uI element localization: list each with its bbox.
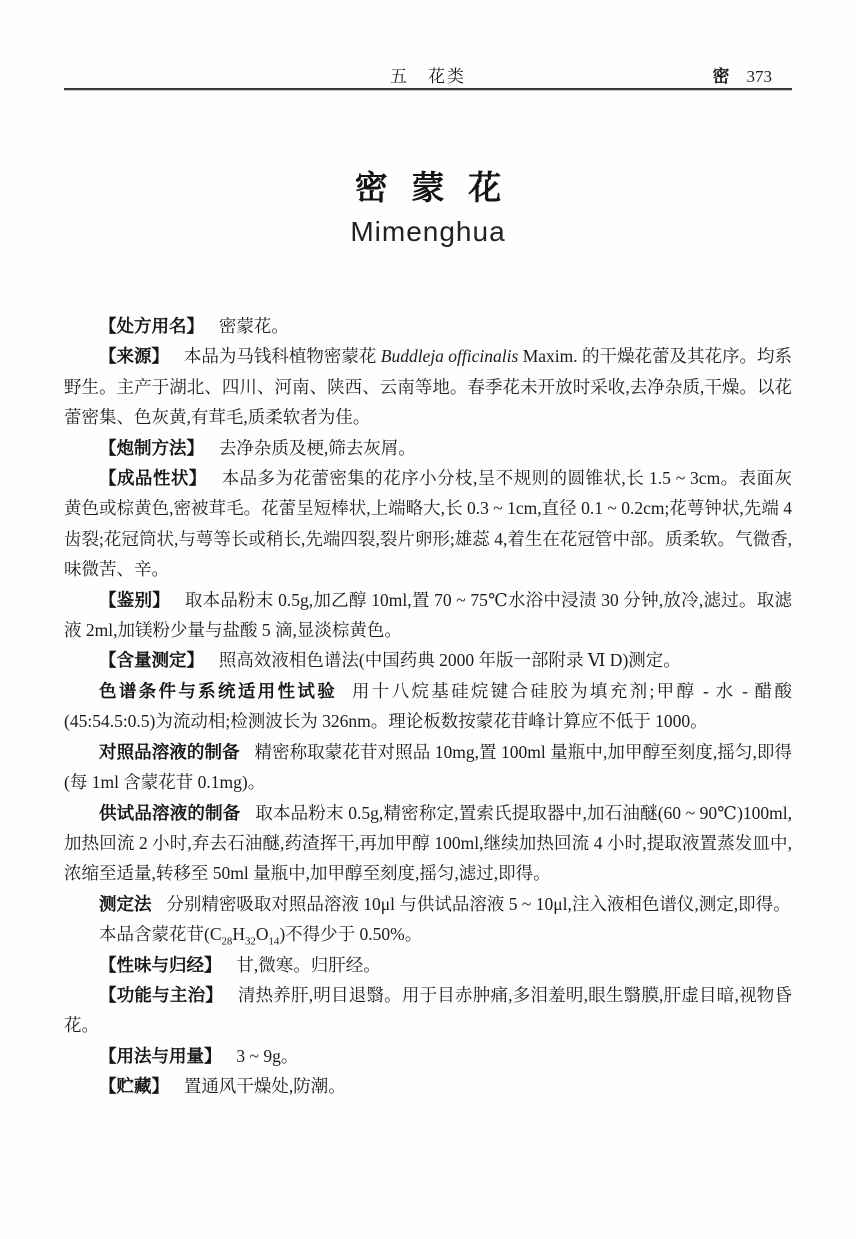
section-label: 【来源】 xyxy=(99,346,169,366)
formula-subscript: 14 xyxy=(268,936,279,948)
section-text: 照高效液相色谱法(中国药典 2000 年版一部附录 Ⅵ D)测定。 xyxy=(219,650,681,670)
para-chromatographic-conditions: 色谱条件与系统适用性试验用十八烷基硅烷键合硅胶为填充剂;甲醇 - 水 - 醋酸(… xyxy=(64,676,792,737)
para-content-limit: 本品含蒙花苷(C28H32O14)不得少于 0.50%。 xyxy=(64,919,792,949)
running-head: 五 花类 密373 xyxy=(64,62,792,88)
para-functions-indications: 【功能与主治】清热养肝,明目退翳。用于目赤肿痛,多泪羞明,眼生翳膜,肝虚目暗,视… xyxy=(64,980,792,1041)
section-label: 【性味与归经】 xyxy=(99,955,222,975)
section-text: 密蒙花。 xyxy=(219,316,289,336)
section-text: 取本品粉末 0.5g,加乙醇 10ml,置 70 ~ 75℃水浴中浸渍 30 分… xyxy=(64,590,792,640)
formula-text: 本品含蒙花苷(C xyxy=(99,924,222,944)
para-processing-method: 【炮制方法】去净杂质及梗,筛去灰屑。 xyxy=(64,433,792,463)
para-prescription-name: 【处方用名】密蒙花。 xyxy=(64,311,792,341)
running-head-chapter: 五 花类 xyxy=(64,62,792,87)
section-label: 【贮藏】 xyxy=(99,1076,169,1096)
para-identification: 【鉴别】取本品粉末 0.5g,加乙醇 10ml,置 70 ~ 75℃水浴中浸渍 … xyxy=(64,585,792,646)
section-text: 分别精密吸取对照品溶液 10μl 与供试品溶液 5 ~ 10μl,注入液相色谱仪… xyxy=(166,894,790,914)
section-label: 【炮制方法】 xyxy=(99,438,204,458)
document-body: 【处方用名】密蒙花。 【来源】本品为马钱科植物密蒙花 Buddleja offi… xyxy=(64,311,792,1102)
para-dosage: 【用法与用量】3 ~ 9g。 xyxy=(64,1041,792,1071)
para-test-solution: 供试品溶液的制备取本品粉末 0.5g,精密称定,置索氏提取器中,加石油醚(60 … xyxy=(64,798,792,889)
para-taste-meridian: 【性味与归经】甘,微寒。归肝经。 xyxy=(64,950,792,980)
book-page: 五 花类 密373 密蒙花 Mimenghua 【处方用名】密蒙花。 【来源】本… xyxy=(0,0,856,1239)
species-name: Buddleja officinalis xyxy=(381,346,519,366)
formula-subscript: 28 xyxy=(222,936,233,948)
formula-subscript: 32 xyxy=(245,936,256,948)
para-assay: 【含量测定】照高效液相色谱法(中国药典 2000 年版一部附录 Ⅵ D)测定。 xyxy=(64,645,792,675)
section-text: 本品为马钱科植物密蒙花 xyxy=(184,346,381,366)
section-label: 【功能与主治】 xyxy=(99,985,223,1005)
running-head-right: 密373 xyxy=(713,62,773,87)
section-label: 【含量测定】 xyxy=(99,650,204,670)
index-character: 密 xyxy=(713,67,730,86)
formula-text: H xyxy=(232,924,245,944)
section-text: 置通风干燥处,防潮。 xyxy=(184,1076,346,1096)
section-label: 【鉴别】 xyxy=(99,590,170,610)
para-storage: 【贮藏】置通风干燥处,防潮。 xyxy=(64,1071,792,1101)
page-number: 373 xyxy=(747,67,773,86)
header-rule xyxy=(64,88,792,90)
para-product-properties: 【成品性状】本品多为花蕾密集的花序小分枝,呈不规则的圆锥状,长 1.5 ~ 3c… xyxy=(64,463,792,585)
subsection-label: 色谱条件与系统适用性试验 xyxy=(99,681,337,701)
para-determination-method: 测定法分别精密吸取对照品溶液 10μl 与供试品溶液 5 ~ 10μl,注入液相… xyxy=(64,889,792,919)
para-reference-solution: 对照品溶液的制备精密称取蒙花苷对照品 10mg,置 100ml 量瓶中,加甲醇至… xyxy=(64,737,792,798)
subsection-label: 对照品溶液的制备 xyxy=(99,742,240,762)
subsection-label: 供试品溶液的制备 xyxy=(99,803,240,823)
section-text: 甘,微寒。归肝经。 xyxy=(236,955,380,975)
section-label: 【成品性状】 xyxy=(99,468,207,488)
section-text: 3 ~ 9g。 xyxy=(236,1046,298,1066)
para-source: 【来源】本品为马钱科植物密蒙花 Buddleja officinalis Max… xyxy=(64,341,792,432)
formula-text: O xyxy=(256,924,269,944)
page-title: 密蒙花 xyxy=(64,162,792,209)
page-title-pinyin: Mimenghua xyxy=(64,216,792,248)
section-text: 去净杂质及梗,筛去灰屑。 xyxy=(219,438,416,458)
section-label: 【用法与用量】 xyxy=(99,1046,222,1066)
subsection-label: 测定法 xyxy=(99,894,152,914)
section-label: 【处方用名】 xyxy=(99,316,204,336)
formula-text: )不得少于 0.50%。 xyxy=(279,924,422,944)
